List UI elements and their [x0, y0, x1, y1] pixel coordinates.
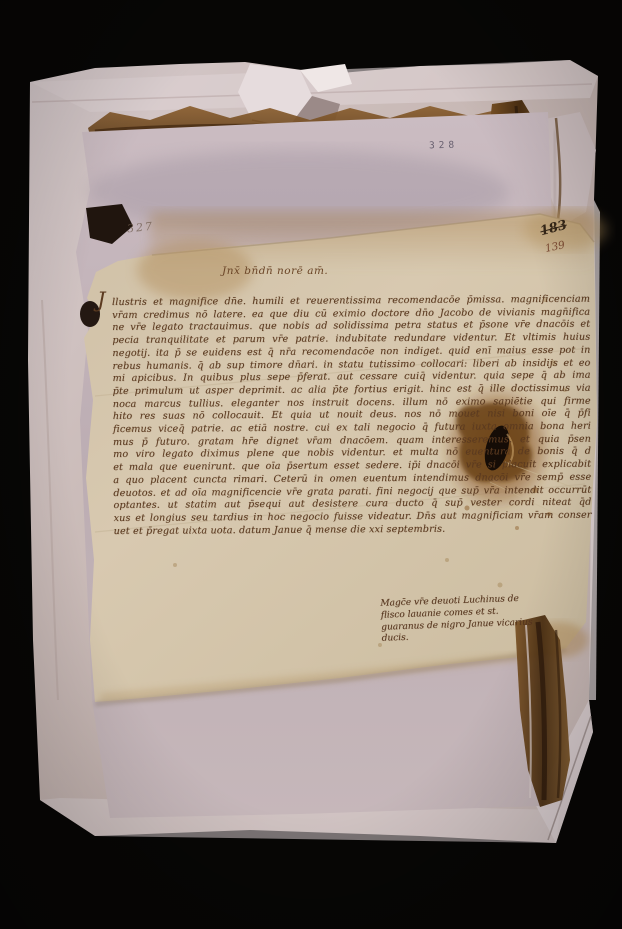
letter-heading: Jnx̄ bn̄dn̄ norē am̄. [222, 265, 328, 277]
letter-body: llustris et magnifice dn̄e. humili et re… [112, 294, 592, 539]
manuscript-photo: 328 327 183 139 Jnx̄ bn̄dn̄ norē am̄. J … [0, 0, 622, 929]
archive-stamp: 328 [429, 140, 458, 152]
signature-block: Magc̄e vr̄e deuoti Luchinus de flisco la… [380, 593, 540, 646]
letter-initial-flourish: J [97, 288, 105, 312]
